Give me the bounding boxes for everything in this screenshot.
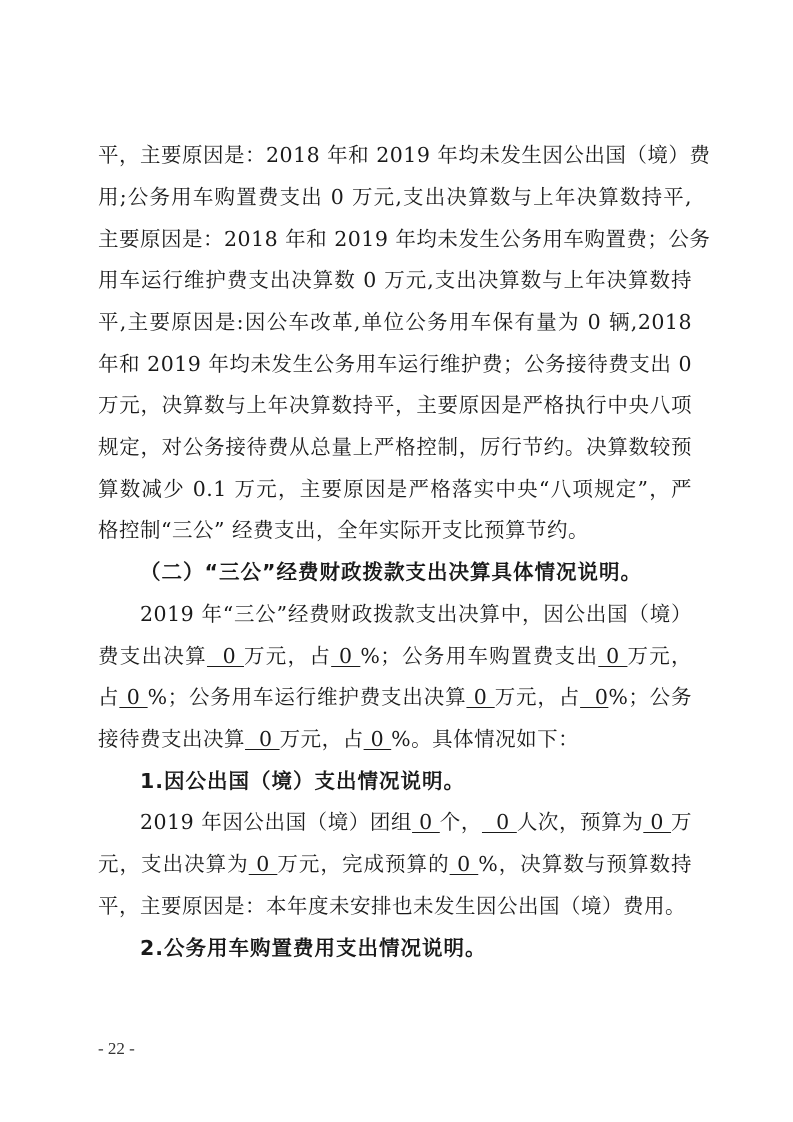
filled-value: 0 <box>450 852 479 876</box>
body-line: 平,主要原因是:因公车改革,单位公务用车保有量为 0 辆,2018 <box>98 307 692 337</box>
filled-value: 0 <box>331 644 360 668</box>
page-number: - 22 - <box>98 1038 135 1060</box>
summary-line: 接待费支出决算 0 万元，占 0 %。具体情况如下： <box>98 724 692 754</box>
body-line: 用车运行维护费支出决算数 0 万元,支出决算数与上年决算数持 <box>98 265 692 295</box>
filled-value: 0 <box>580 685 608 709</box>
text: 人次，预算为 <box>517 810 643 834</box>
text: 占 <box>98 685 119 709</box>
text: 万元，占 <box>244 644 331 668</box>
section-heading: （二）“三公”经费财政拨款支出决算具体情况说明。 <box>140 557 692 587</box>
text: %。具体情况如下： <box>391 727 579 751</box>
filled-value: 0 <box>412 810 440 834</box>
text: 个， <box>440 810 482 834</box>
body-line: 年和 2019 年均未发生公务用车运行维护费；公务接待费支出 0 <box>98 349 692 379</box>
body-line: 规定，对公务接待费从总量上严格控制，厉行节约。决算数较预 <box>98 432 692 462</box>
body-line: 格控制“三公” 经费支出，全年实际开支比预算节约。 <box>98 515 692 545</box>
filled-value: 0 <box>466 685 494 709</box>
filled-value: 0 <box>245 727 280 751</box>
body-line: 算数减少 0.1 万元，主要原因是严格落实中央“八项规定”，严 <box>98 474 692 504</box>
sub1-line: 2019 年因公出国（境）团组 0 个， 0 人次，预算为 0 万 <box>140 807 692 837</box>
summary-line: 费支出决算 0 万元，占 0 %；公务用车购置费支出 0 万元， <box>98 641 692 671</box>
text: 万 <box>671 810 692 834</box>
text: 万元， <box>627 644 692 668</box>
text: 接待费支出决算 <box>98 727 245 751</box>
filled-value: 0 <box>119 685 147 709</box>
text: 元，支出决算为 <box>98 852 249 876</box>
text: %；公务用车运行维护费支出决算 <box>148 685 467 709</box>
text: %，决算数与预算数持 <box>478 852 692 876</box>
body-line: 万元，决算数与上年决算数持平，主要原因是严格执行中央八项 <box>98 390 692 420</box>
summary-line: 2019 年“三公”经费财政拨款支出决算中，因公出国（境） <box>140 599 692 629</box>
text: %；公务 <box>608 685 692 709</box>
sub1-line: 平，主要原因是：本年度未安排也未发生因公出国（境）费用。 <box>98 891 692 921</box>
body-line: 用;公务用车购置费支出 0 万元,支出决算数与上年决算数持平, <box>98 182 692 212</box>
filled-value: 0 <box>598 644 627 668</box>
filled-value: 0 <box>207 644 244 668</box>
summary-line: 占 0 %；公务用车运行维护费支出决算 0 万元，占 0%；公务 <box>98 682 692 712</box>
text: 费支出决算 <box>98 644 207 668</box>
subsection-heading-1: 1.因公出国（境）支出情况说明。 <box>140 766 692 796</box>
filled-value: 0 <box>643 810 671 834</box>
body-line: 平，主要原因是：2018 年和 2019 年均未发生因公出国（境）费 <box>98 140 692 170</box>
filled-value: 0 <box>482 810 517 834</box>
text: 万元，完成预算的 <box>277 852 449 876</box>
document-page: 平，主要原因是：2018 年和 2019 年均未发生因公出国（境）费 用;公务用… <box>0 0 793 1122</box>
body-line: 主要原因是：2018 年和 2019 年均未发生公务用车购置费；公务 <box>98 224 692 254</box>
text: 万元，占 <box>495 685 580 709</box>
sub1-line: 元，支出决算为 0 万元，完成预算的 0 %，决算数与预算数持 <box>98 849 692 879</box>
text: %；公务用车购置费支出 <box>360 644 598 668</box>
filled-value: 0 <box>249 852 278 876</box>
text: 2019 年因公出国（境）团组 <box>140 810 412 834</box>
text: 万元，占 <box>280 727 364 751</box>
filled-value: 0 <box>364 727 392 751</box>
subsection-heading-2: 2.公务用车购置费用支出情况说明。 <box>140 933 692 963</box>
